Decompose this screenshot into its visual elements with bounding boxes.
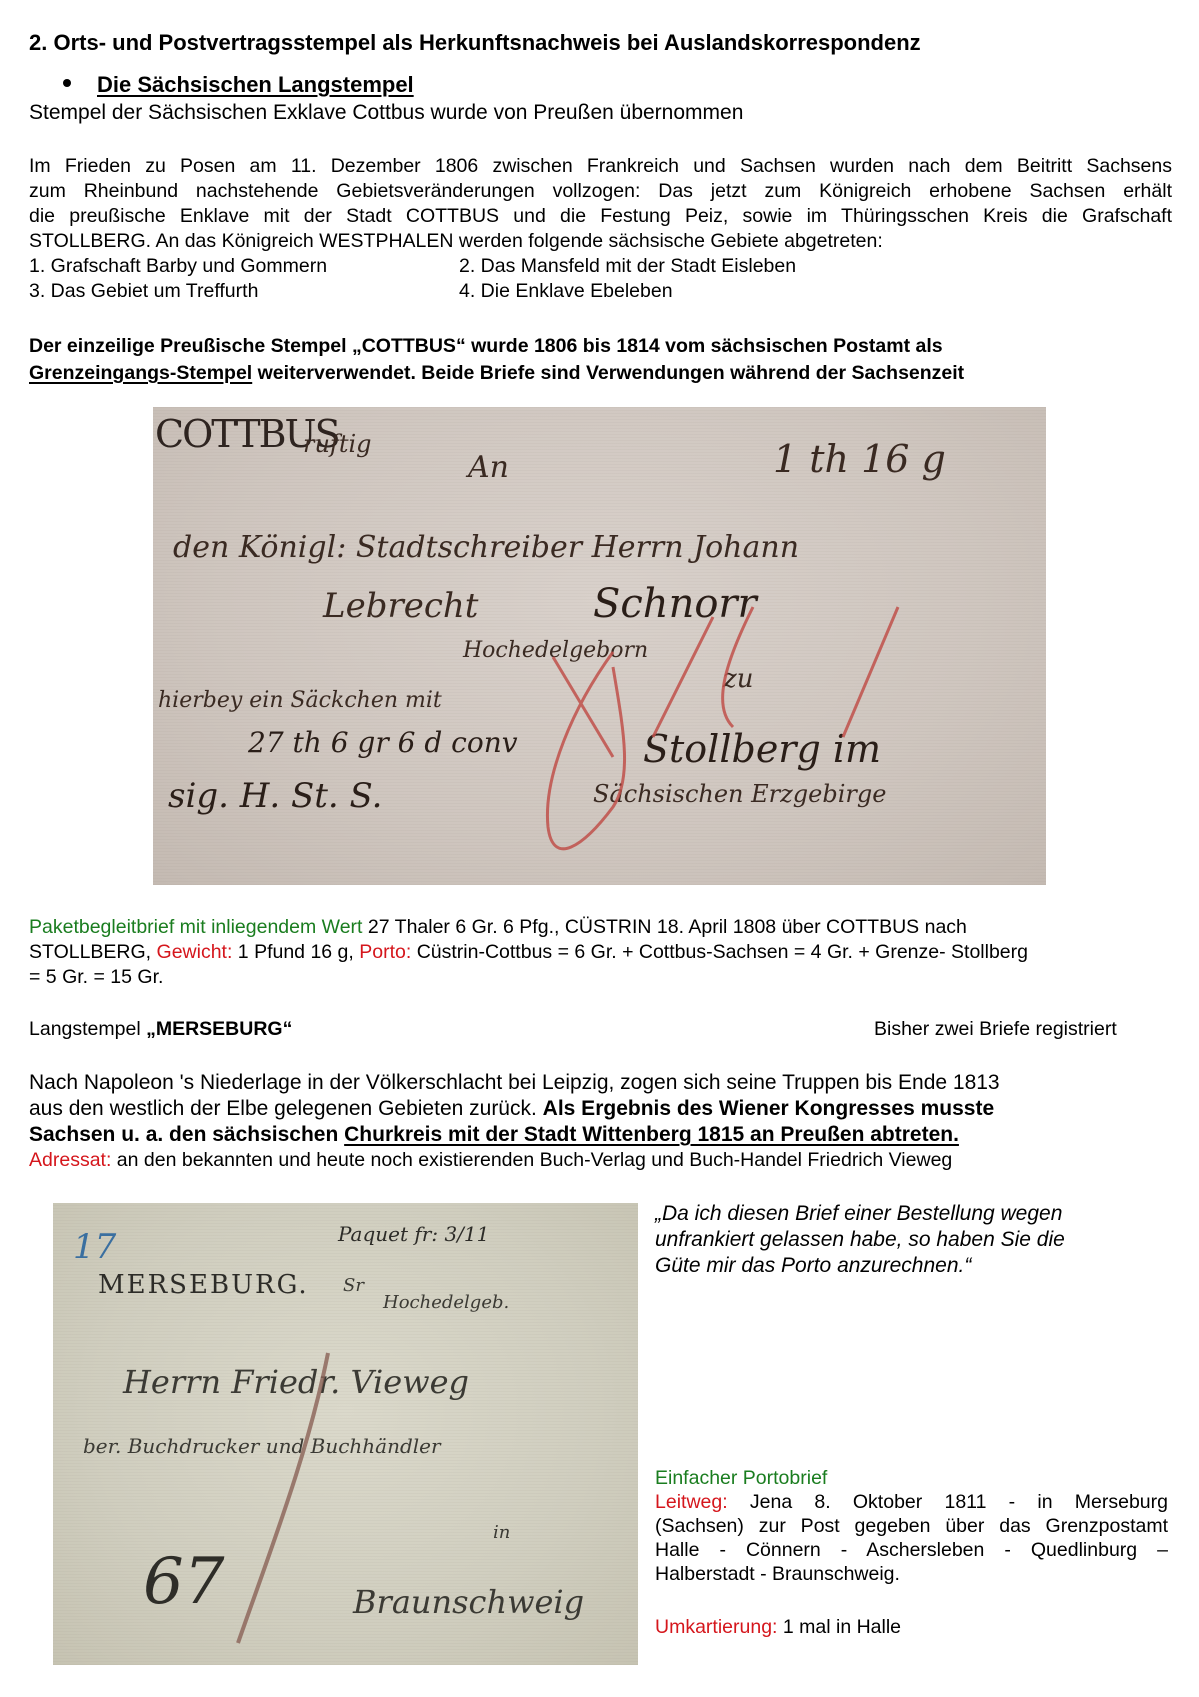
caption1-weight-label: Gewicht: — [157, 941, 233, 963]
route-label: Leitweg: — [655, 1491, 728, 1513]
list-item: 1. Grafschaft Barby und Gommern — [29, 254, 459, 279]
caption1-line1: Paketbegleitbrief mit inliegendem Wert 2… — [29, 915, 1172, 940]
section-subtitle: Stempel der Sächsischen Exklave Cottbus … — [29, 100, 743, 125]
hw-top: Paquet fr: 3/11 — [337, 1222, 489, 1246]
merseburg-letter-route: Einfacher Portobrief Leitweg: Jena 8. Ok… — [655, 1466, 1168, 1586]
hw-line6: sig. H. St. S. — [168, 776, 382, 816]
hw-line2b: Schnorr — [593, 581, 760, 627]
cottbus-note-line2-rest: weiterverwendet. Beide Briefe sind Verwe… — [252, 362, 964, 384]
caption1-text2c: Cüstrin-Cottbus = 6 Gr. + Cottbus-Sachse… — [411, 941, 1028, 963]
adressat-text: an den bekannten und heute noch existier… — [111, 1149, 952, 1171]
list-item: 4. Die Enklave Ebeleben — [459, 279, 673, 304]
hw-in: in — [493, 1522, 510, 1543]
route-line3: Halle - Cönnern - Aschersleben - Quedlin… — [655, 1538, 1168, 1562]
list-row: 3. Das Gebiet um Treffurth 4. Die Enklav… — [29, 279, 796, 304]
hw-line4: hierbey ein Säckchen mit — [158, 688, 442, 713]
registered-count-note: Bisher zwei Briefe registriert — [874, 1017, 1117, 1042]
hw-line2a: Lebrecht — [322, 586, 479, 626]
route-text1: Jena 8. Oktober 1811 - in Merseburg — [728, 1491, 1168, 1513]
hw-blue-mark: 17 — [73, 1227, 117, 1267]
caption1-text2a: STOLLBERG, — [29, 941, 157, 963]
hw-hoch: Hochedelgeb. — [382, 1292, 509, 1313]
caption1-text1: 27 Thaler 6 Gr. 6 Pfg., CÜSTRIN 18. Apri… — [362, 916, 966, 938]
hw-rate: 1 th 16 g — [773, 437, 946, 481]
page-title: 2. Orts- und Postvertragsstempel als Her… — [29, 30, 921, 55]
list-item: 2. Das Mansfeld mit der Stadt Eisleben — [459, 254, 796, 279]
adressat-label: Adressat: — [29, 1149, 111, 1171]
adressat-line: Adressat: an den bekannten und heute noc… — [29, 1148, 952, 1173]
bullet-heading-text: Die Sächsischen Langstempel — [97, 72, 414, 97]
hw-line5: 27 th 6 gr 6 d conv — [247, 726, 518, 759]
napoleon-line2: aus den westlich der Elbe gelegenen Gebi… — [29, 1096, 1172, 1122]
merseburg-heading-prefix: Langstempel — [29, 1018, 146, 1040]
cottbus-letter-image: COTTBUS ruftig An 1 th 16 g den Königl: … — [153, 407, 1046, 885]
intro-line: Im Frieden zu Posen am 11. Dezember 1806… — [29, 154, 1172, 179]
hw-dest3: Sächsischen Erzgebirge — [593, 780, 886, 808]
cottbus-note-line2: Grenzeingangs-Stempel weiterverwendet. B… — [29, 360, 964, 387]
cottbus-letter-handwriting: COTTBUS ruftig An 1 th 16 g den Königl: … — [153, 407, 1046, 885]
caption1-porto-label: Porto: — [359, 941, 411, 963]
cottbus-note-line1: Der einzeilige Preußische Stempel „COTTB… — [29, 333, 964, 360]
hw-line2: ber. Buchdrucker und Buchhändler — [83, 1434, 442, 1458]
quote-line: Güte mir das Porto anzurechnen.“ — [655, 1253, 1155, 1279]
hw-an: An — [465, 450, 509, 485]
letter-type: Einfacher Portobrief — [655, 1466, 1168, 1490]
caption1-line3: = 5 Gr. = 15 Gr. — [29, 965, 1172, 990]
list-item: 3. Das Gebiet um Treffurth — [29, 279, 459, 304]
hw-line1: Herrn Friedr. Vieweg — [122, 1363, 469, 1401]
section-bullet-heading: Die Sächsischen Langstempel — [63, 72, 414, 97]
napoleon-line3: Sachsen u. a. den sächsischen Churkreis … — [29, 1122, 1172, 1148]
hw-sr: Sr — [343, 1275, 365, 1296]
intro-line: die preußische Enklave mit der Stadt COT… — [29, 204, 1172, 229]
hw-ruftig: ruftig — [303, 430, 372, 458]
bullet-icon — [63, 79, 71, 87]
merseburg-heading-name: „MERSEBURG“ — [146, 1018, 292, 1040]
merseburg-letter-handwriting: 17 MERSEBURG. Paquet fr: 3/11 Sr Hochede… — [53, 1203, 638, 1665]
hw-dest: Braunschweig — [352, 1583, 584, 1621]
napoleon-paragraph: Nach Napoleon 's Niederlage in der Völke… — [29, 1070, 1172, 1148]
grenzeingang-term: Grenzeingangs-Stempel — [29, 362, 252, 384]
caption1-line2: STOLLBERG, Gewicht: 1 Pfund 16 g, Porto:… — [29, 940, 1172, 965]
merseburg-heading: Langstempel „MERSEBURG“ — [29, 1017, 292, 1042]
route-line2: (Sachsen) zur Post gegeben über das Gren… — [655, 1514, 1168, 1538]
caption1-type-label: Paketbegleitbrief mit inliegendem Wert — [29, 916, 362, 938]
umkartierung-label: Umkartierung: — [655, 1616, 777, 1638]
hw-line1: den Königl: Stadtschreiber Herrn Johann — [173, 530, 799, 565]
cottbus-note: Der einzeilige Preußische Stempel „COTTB… — [29, 333, 964, 387]
hw-rate: 67 — [143, 1545, 225, 1619]
napoleon-line3b: Churkreis mit der Stadt Wittenberg 1815 … — [344, 1123, 959, 1146]
cottbus-letter-caption: Paketbegleitbrief mit inliegendem Wert 2… — [29, 915, 1172, 990]
napoleon-line2a: aus den westlich der Elbe gelegenen Gebi… — [29, 1097, 543, 1120]
letter-quote: „Da ich diesen Brief einer Bestellung we… — [655, 1201, 1155, 1279]
ceded-territories-list: 1. Grafschaft Barby und Gommern 2. Das M… — [29, 254, 796, 304]
list-row: 1. Grafschaft Barby und Gommern 2. Das M… — [29, 254, 796, 279]
intro-line: zum Rheinbund nachstehende Gebietsveränd… — [29, 179, 1172, 204]
napoleon-line3a: Sachsen u. a. den sächsischen — [29, 1123, 344, 1146]
quote-line: „Da ich diesen Brief einer Bestellung we… — [655, 1201, 1155, 1227]
napoleon-line2b: Als Ergebnis des Wiener Kongresses musst… — [543, 1097, 994, 1120]
intro-paragraph: Im Frieden zu Posen am 11. Dezember 1806… — [29, 154, 1172, 254]
umkartierung-text: 1 mal in Halle — [777, 1616, 901, 1638]
napoleon-line1: Nach Napoleon 's Niederlage in der Völke… — [29, 1070, 1172, 1096]
merseburg-stamp: MERSEBURG. — [98, 1270, 309, 1300]
route-line1: Leitweg: Jena 8. Oktober 1811 - in Merse… — [655, 1490, 1168, 1514]
merseburg-letter-image: 17 MERSEBURG. Paquet fr: 3/11 Sr Hochede… — [53, 1203, 638, 1665]
umkartierung-line: Umkartierung: 1 mal in Halle — [655, 1615, 901, 1640]
quote-line: unfrankiert gelassen habe, so haben Sie … — [655, 1227, 1155, 1253]
intro-line: STOLLBERG. An das Königreich WESTPHALEN … — [29, 229, 1172, 254]
caption1-text2b: 1 Pfund 16 g, — [232, 941, 359, 963]
route-line4: Halberstadt - Braunschweig. — [655, 1562, 1168, 1586]
